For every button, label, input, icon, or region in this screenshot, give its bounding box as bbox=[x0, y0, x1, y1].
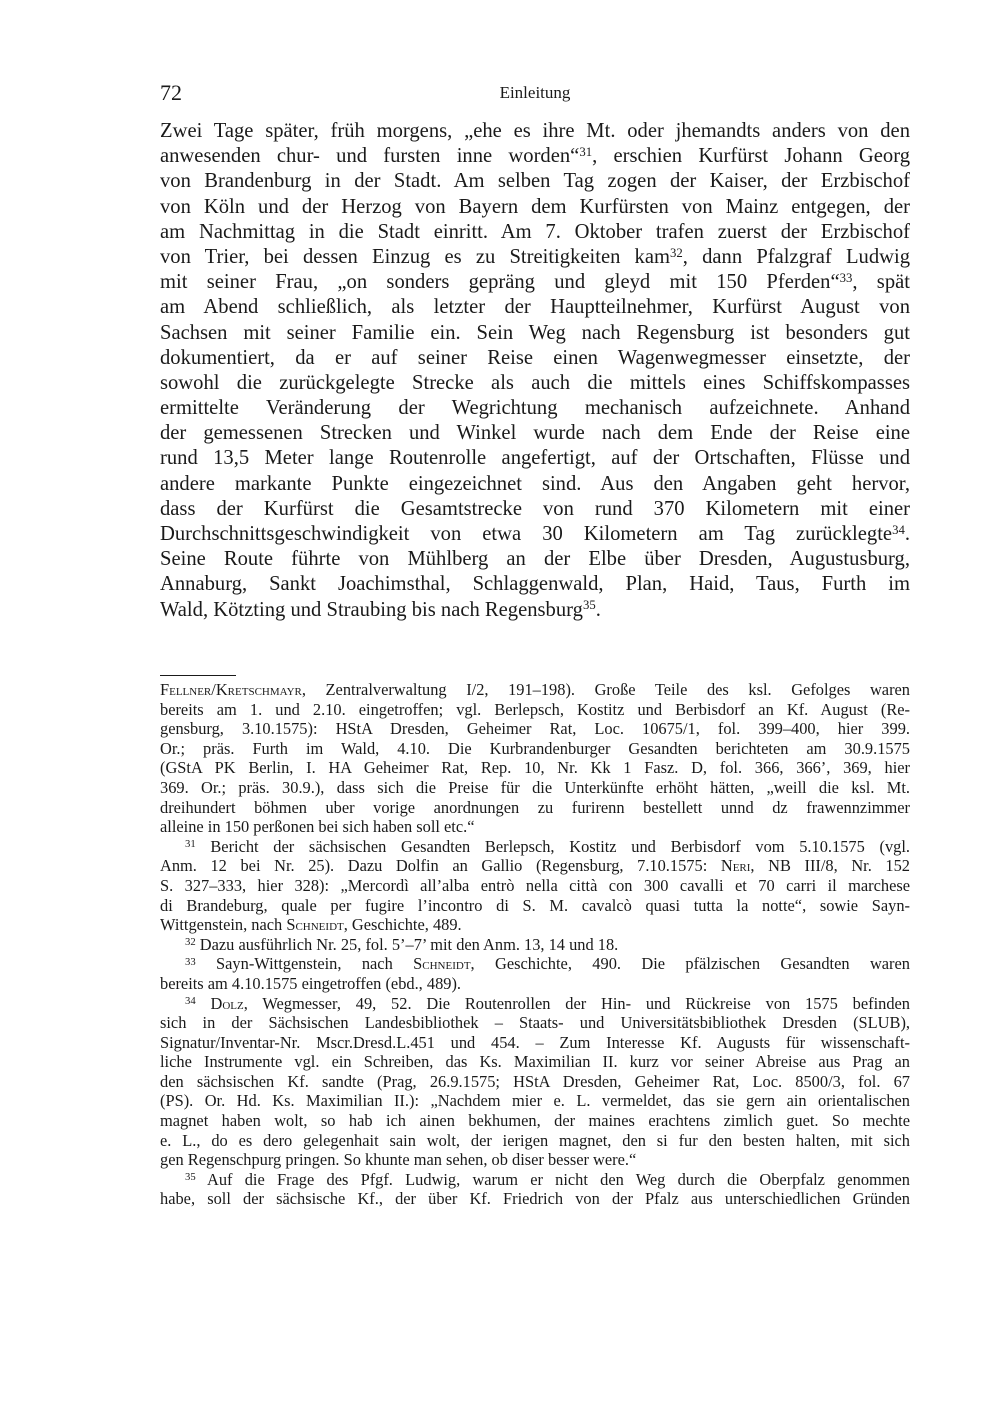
footnote-line: (GStA PK Berlin, I. HA Geheimer Rat, Rep… bbox=[160, 758, 910, 778]
footnote-ref-31[interactable]: 31 bbox=[579, 145, 592, 159]
text-line: von Brandenburg in der Stadt. Am selben … bbox=[160, 169, 910, 194]
text-line: von Trier, bei dessen Einzug es zu Strei… bbox=[160, 245, 910, 270]
text-line: ermittelte Veränderung der Wegrichtung m… bbox=[160, 396, 910, 421]
footnote-line: di Brandeburg, quale per fugire l’incont… bbox=[160, 896, 910, 916]
footnote-line: den sächsischen Kf. sandte (Prag, 26.9.1… bbox=[160, 1072, 910, 1092]
footnote-line: alleine in 150 perßonen bei sich haben s… bbox=[160, 817, 910, 837]
text-line: am Nachmittag in die Stadt einritt. Am 7… bbox=[160, 220, 910, 245]
text-line: Zwei Tage später, früh morgens, „ehe es … bbox=[160, 119, 910, 144]
footnote-line: bereits am 4.10.1575 eingetroffen (ebd.,… bbox=[160, 974, 910, 994]
text-line: dokumentiert, da er auf seiner Reise ein… bbox=[160, 346, 910, 371]
footnote-34: 34 Dolz, Wegmesser, 49, 52. Die Routenro… bbox=[160, 994, 910, 1014]
text-line: Sachsen mit seiner Familie ein. Sein Weg… bbox=[160, 321, 910, 346]
footnote-line: sich in der Sächsischen Landesbibliothek… bbox=[160, 1013, 910, 1033]
footnote-32: 32 Dazu ausführlich Nr. 25, fol. 5’–7’ m… bbox=[160, 935, 910, 955]
footnote-line: Signatur/Inventar-Nr. Mscr.Dresd.L.451 u… bbox=[160, 1033, 910, 1053]
text-line: mit seiner Frau, „on sonders gepräng und… bbox=[160, 270, 910, 295]
footnote-33: 33 Sayn-Wittgenstein, nach Schneidt, Ges… bbox=[160, 954, 910, 974]
footnote-ref-32[interactable]: 32 bbox=[670, 246, 683, 260]
text-line: Durchschnittsgeschwindigkeit von etwa 30… bbox=[160, 522, 910, 547]
footnote-ref-35[interactable]: 35 bbox=[583, 598, 596, 612]
footnote-separator bbox=[160, 675, 236, 676]
footnote-line: habe, soll der sächsische Kf., der über … bbox=[160, 1189, 910, 1209]
main-text: Zwei Tage später, früh morgens, „ehe es … bbox=[160, 119, 910, 623]
footnote-line: bereits am 1. und 2.10. eingetroffen; vg… bbox=[160, 700, 910, 720]
footnote-line: Anm. 12 bei Nr. 25). Dazu Dolfin an Gall… bbox=[160, 856, 910, 876]
text-line: Seine Route führte von Mühlberg an der E… bbox=[160, 547, 910, 572]
running-title: Einleitung bbox=[160, 83, 910, 103]
footnote-line: gen Regenschpurg pringen. So khunte man … bbox=[160, 1150, 910, 1170]
text-line: dass der Kurfürst die Gesamtstrecke von … bbox=[160, 497, 910, 522]
footnote-line: dreihundert böhmen uber vorige anordnung… bbox=[160, 798, 910, 818]
footnote-line: e. L., do es dero gelegenhait sain wolt,… bbox=[160, 1131, 910, 1151]
footnote-ref-34[interactable]: 34 bbox=[892, 523, 905, 537]
footnote-35: 35 Auf die Frage des Pfgf. Ludwig, warum… bbox=[160, 1170, 910, 1190]
footnote-line: liche Instrumente vgl. ein Schreiben, da… bbox=[160, 1052, 910, 1072]
footnote-31: 31 Bericht der sächsischen Gesandten Ber… bbox=[160, 837, 910, 857]
footnote-number: 35 bbox=[185, 1172, 196, 1183]
text-line: am Abend schließlich, als letzter der Ha… bbox=[160, 295, 910, 320]
text-line: anwesenden chur- und fursten inne worden… bbox=[160, 144, 910, 169]
text-line: Wald, Kötzting und Straubing bis nach Re… bbox=[160, 598, 910, 623]
footnote-line: S. 327–333, hier 328): „Mercordì all’alb… bbox=[160, 876, 910, 896]
text-line: Annaburg, Sankt Joachimsthal, Schlaggenw… bbox=[160, 572, 910, 597]
footnote-line: Wittgenstein, nach Schneidt, Geschichte,… bbox=[160, 915, 910, 935]
footnote-line: (PS). Or. Hd. Ks. Maximilian II.): „Nach… bbox=[160, 1091, 910, 1111]
text-line: sowohl die zurückgelegte Strecke als auc… bbox=[160, 371, 910, 396]
footnote-number: 34 bbox=[185, 996, 196, 1007]
text-line: der gemessenen Strecken und Winkel wurde… bbox=[160, 421, 910, 446]
footnote-number: 33 bbox=[185, 957, 196, 968]
footnote-line: gensburg, 3.10.1575): HStA Dresden, Gehe… bbox=[160, 719, 910, 739]
text-line: rund 13,5 Meter lange Routenrolle angefe… bbox=[160, 446, 910, 471]
footnotes: Fellner/Kretschmayr, Zentralverwaltung I… bbox=[160, 680, 910, 1209]
footnote-line: magnet haben wolt, so hab ich ainen bekh… bbox=[160, 1111, 910, 1131]
running-head: 72 Einleitung bbox=[160, 80, 910, 106]
footnote-number: 32 bbox=[185, 937, 196, 948]
text-line: andere markante Punkte eingezeichnet sin… bbox=[160, 472, 910, 497]
footnote-line: Or.; präs. Furth im Wald, 4.10. Die Kurb… bbox=[160, 739, 910, 759]
text-line: von Köln und der Herzog von Bayern dem K… bbox=[160, 195, 910, 220]
footnote-ref-33[interactable]: 33 bbox=[840, 271, 853, 285]
footnote-line: 369. Or.; präs. 30.9.), dass sich die Pr… bbox=[160, 778, 910, 798]
footnote-line: Fellner/Kretschmayr, Zentralverwaltung I… bbox=[160, 680, 910, 700]
footnote-number: 31 bbox=[185, 839, 196, 850]
